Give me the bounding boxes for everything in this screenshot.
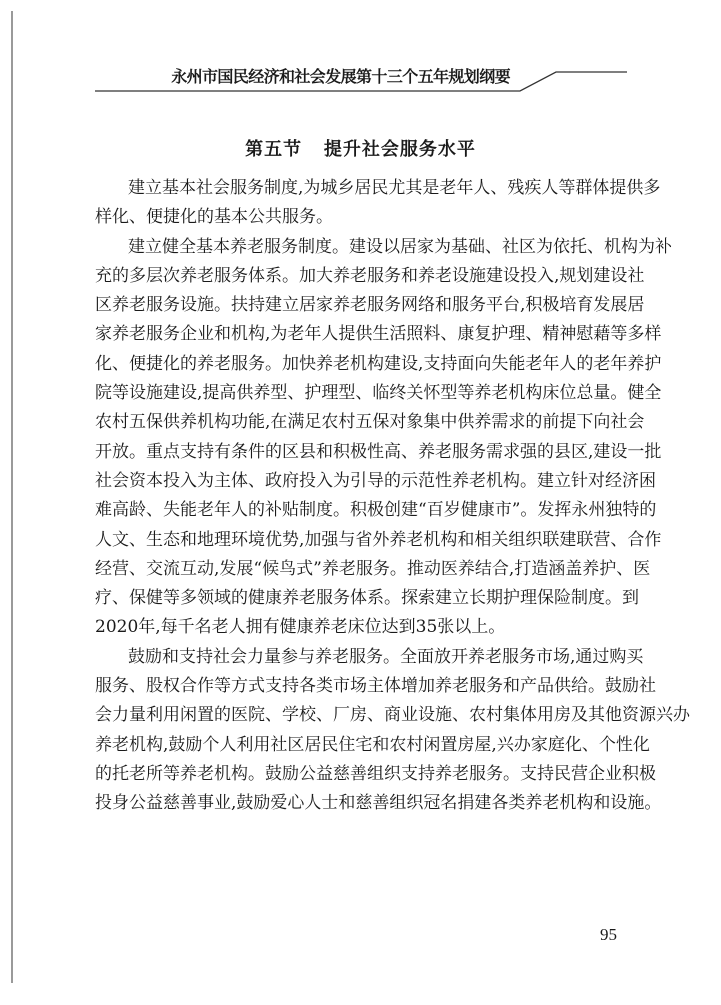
text-line: 服务、股权合作等方式支持各类市场主体增加养老服务和产品供给。鼓励社 xyxy=(95,672,627,701)
paragraph-1: 建立基本社会服务制度,为城乡居民尤其是老年人、残疾人等群体提供多 样化、便捷化的… xyxy=(95,174,627,233)
text-line: 建立基本社会服务制度,为城乡居民尤其是老年人、残疾人等群体提供多 xyxy=(95,174,627,203)
text-line: 投身公益慈善事业,鼓励爱心人士和慈善组织冠名捐建各类养老机构和设施。 xyxy=(95,789,627,818)
paragraph-3: 鼓励和支持社会力量参与养老服务。全面放开养老服务市场,通过购买 服务、股权合作等… xyxy=(95,643,627,819)
section-title: 第五节 提升社会服务水平 xyxy=(0,135,721,161)
page-number: 95 xyxy=(600,925,617,945)
body-text: 建立基本社会服务制度,为城乡居民尤其是老年人、残疾人等群体提供多 样化、便捷化的… xyxy=(95,174,627,819)
paragraph-2: 建立健全基本养老服务制度。建设以居家为基础、社区为依托、机构为补 充的多层次养老… xyxy=(95,233,627,643)
text-line: 区养老服务设施。扶持建立居家养老服务网络和服务平台,积极培育发展居 xyxy=(95,291,627,320)
running-header-title: 永州市国民经济和社会发展第十三个五年规划纲要 xyxy=(140,64,510,87)
text-line: 疗、保健等多领域的健康养老服务体系。探索建立长期护理保险制度。到 xyxy=(95,584,627,613)
text-line: 鼓励和支持社会力量参与养老服务。全面放开养老服务市场,通过购买 xyxy=(95,643,627,672)
text-line: 经营、交流互动,发展“候鸟式”养老服务。推动医养结合,打造涵盖养护、医 xyxy=(95,555,627,584)
text-line: 社会资本投入为主体、政府投入为引导的示范性养老机构。建立针对经济困 xyxy=(95,467,627,496)
text-line: 家养老服务企业和机构,为老年人提供生活照料、康复护理、精神慰藉等多样 xyxy=(95,320,627,349)
text-line: 2020年,每千名老人拥有健康养老床位达到35张以上。 xyxy=(95,613,627,642)
text-line: 充的多层次养老服务体系。加大养老服务和养老设施建设投入,规划建设社 xyxy=(95,262,627,291)
text-line: 的托老所等养老机构。鼓励公益慈善组织支持养老服务。支持民营企业积极 xyxy=(95,760,627,789)
text-line: 会力量利用闲置的医院、学校、厂房、商业设施、农村集体用房及其他资源兴办 xyxy=(95,701,627,730)
text-line: 化、便捷化的养老服务。加快养老机构建设,支持面向失能老年人的老年养护 xyxy=(95,350,627,379)
text-line: 农村五保供养机构功能,在满足农村五保对象集中供养需求的前提下向社会 xyxy=(95,408,627,437)
text-line: 建立健全基本养老服务制度。建设以居家为基础、社区为依托、机构为补 xyxy=(95,233,627,262)
text-line: 养老机构,鼓励个人利用社区居民住宅和农村闲置房屋,兴办家庭化、个性化 xyxy=(95,731,627,760)
text-line: 人文、生态和地理环境优势,加强与省外养老机构和相关组织联建联营、合作 xyxy=(95,526,627,555)
header-rule xyxy=(0,0,721,120)
text-line: 难高龄、失能老年人的补贴制度。积极创建“百岁健康市”。发挥永州独特的 xyxy=(95,496,627,525)
text-line: 样化、便捷化的基本公共服务。 xyxy=(95,203,627,232)
text-line: 开放。重点支持有条件的区县和积极性高、养老服务需求强的县区,建设一批 xyxy=(95,438,627,467)
text-line: 院等设施建设,提高供养型、护理型、临终关怀型等养老机构床位总量。健全 xyxy=(95,379,627,408)
